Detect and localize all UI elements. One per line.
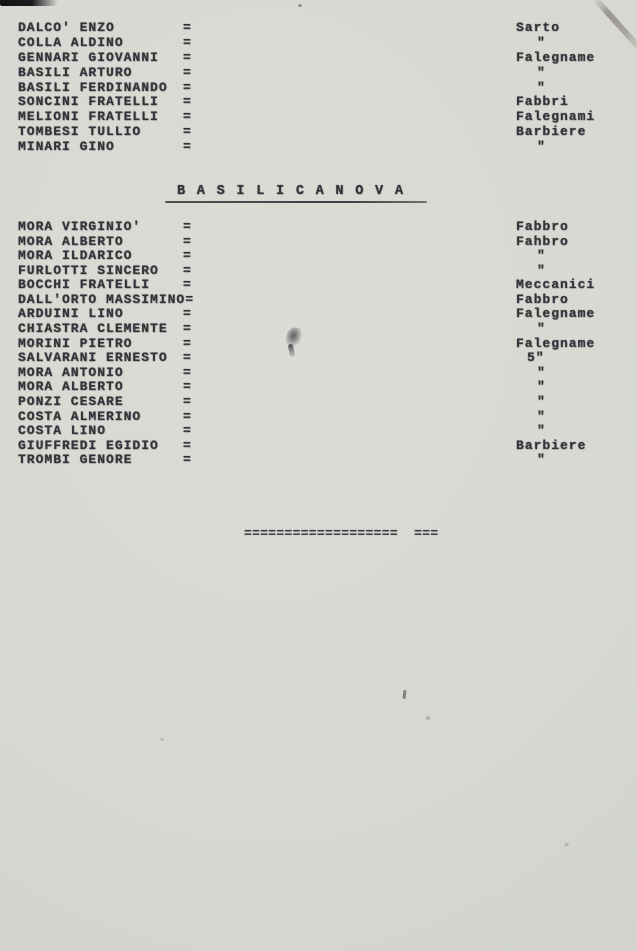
paper-speck bbox=[160, 738, 164, 741]
entry-row: MORA ANTONIO=" bbox=[18, 365, 194, 380]
ink-smudge-tail-mark bbox=[288, 344, 296, 358]
profession-label: " bbox=[537, 263, 546, 278]
profession-label: Sarto bbox=[516, 20, 560, 35]
paper-speck bbox=[298, 4, 302, 7]
person-name: SONCINI FRATELLI bbox=[18, 94, 183, 109]
entry-row: COLLA ALDINO=" bbox=[18, 35, 192, 50]
profession-label: Fabbri bbox=[516, 94, 569, 109]
equals-sign: = bbox=[183, 336, 192, 351]
profession-label: Fahbro bbox=[516, 234, 569, 249]
person-name: FURLOTTI SINCERO bbox=[18, 263, 183, 278]
equals-sign: = bbox=[183, 409, 192, 424]
equals-sign: = bbox=[183, 80, 192, 95]
ink-smudge-mark bbox=[283, 325, 304, 351]
equals-sign: = bbox=[183, 321, 192, 336]
equals-sign: = bbox=[183, 94, 192, 109]
equals-sign: = bbox=[183, 379, 192, 394]
equals-sign: = bbox=[183, 263, 192, 278]
equals-sign: = bbox=[183, 452, 192, 467]
scan-edge-mark bbox=[0, 0, 58, 6]
person-name: MELIONI FRATELLI bbox=[18, 109, 183, 124]
equals-sign: = bbox=[183, 65, 192, 80]
entry-row: MELIONI FRATELLI=Falegnami bbox=[18, 109, 192, 124]
equals-sign: = bbox=[183, 219, 192, 234]
profession-label: Barbiere bbox=[516, 438, 586, 453]
section-heading: B A S I L I C A N O V A bbox=[177, 184, 405, 199]
equals-sign: = bbox=[183, 109, 192, 124]
person-name: TOMBESI TULLIO bbox=[18, 124, 183, 139]
profession-label: " bbox=[537, 248, 546, 263]
entry-row: FURLOTTI SINCERO=" bbox=[18, 263, 194, 278]
person-name: DALCO' ENZO bbox=[18, 20, 183, 35]
entry-row: TOMBESI TULLIO=Barbiere bbox=[18, 124, 192, 139]
equals-sign: = bbox=[183, 35, 192, 50]
entry-row: MORINI PIETRO=Falegname bbox=[18, 336, 194, 351]
person-name: MINARI GINO bbox=[18, 139, 183, 154]
person-name: GIUFFREDI EGIDIO bbox=[18, 438, 183, 453]
equals-separator: =================== === bbox=[244, 526, 438, 541]
profession-label: Falegname bbox=[516, 50, 595, 65]
equals-sign: = bbox=[183, 306, 192, 321]
equals-sign: = bbox=[183, 50, 192, 65]
profession-label: " bbox=[537, 423, 546, 438]
entry-row: MORA VIRGINIO'=Fabbro bbox=[18, 219, 194, 234]
profession-label: Meccanici bbox=[516, 277, 595, 292]
entry-row: TROMBI GENORE=" bbox=[18, 452, 194, 467]
entry-row: SALVARANI ERNESTO=5" bbox=[18, 350, 194, 365]
entry-row: MINARI GINO=" bbox=[18, 139, 192, 154]
profession-label: " bbox=[537, 139, 546, 154]
entry-row: SONCINI FRATELLI=Fabbri bbox=[18, 94, 192, 109]
person-name: MORA ALBERTO bbox=[18, 234, 183, 249]
profession-label: " bbox=[537, 80, 546, 95]
person-name: BOCCHI FRATELLI bbox=[18, 277, 183, 292]
profession-label: " bbox=[537, 379, 546, 394]
entry-row: MORA ALBERTO=Fahbro bbox=[18, 234, 194, 249]
entry-row: PONZI CESARE=" bbox=[18, 394, 194, 409]
entry-row: DALL'ORTO MASSIMINO=Fabbro bbox=[18, 292, 194, 307]
trades-list-basilicanova: MORA VIRGINIO'=FabbroMORA ALBERTO=Fahbro… bbox=[18, 219, 194, 467]
entry-row: MORA ALBERTO=" bbox=[18, 379, 194, 394]
person-name: COLLA ALDINO bbox=[18, 35, 183, 50]
person-name: SALVARANI ERNESTO bbox=[18, 350, 183, 365]
profession-label: Falegname bbox=[516, 306, 595, 321]
equals-sign: = bbox=[183, 423, 192, 438]
person-name: MORA VIRGINIO' bbox=[18, 219, 183, 234]
equals-sign: = bbox=[183, 277, 192, 292]
paper-crease-mark bbox=[593, 0, 637, 50]
entry-row: MORA ILDARICO=" bbox=[18, 248, 194, 263]
person-name: MORA ANTONIO bbox=[18, 365, 183, 380]
equals-sign: = bbox=[183, 350, 192, 365]
person-name: PONZI CESARE bbox=[18, 394, 183, 409]
profession-label: Barbiere bbox=[516, 124, 586, 139]
equals-sign: = bbox=[183, 365, 192, 380]
paper-speck bbox=[426, 716, 430, 720]
paper-speck bbox=[403, 690, 407, 699]
person-name: MORINI PIETRO bbox=[18, 336, 183, 351]
profession-label: 5" bbox=[527, 350, 545, 365]
profession-label: " bbox=[537, 452, 546, 467]
person-name: COSTA ALMERINO bbox=[18, 409, 183, 424]
profession-label: " bbox=[537, 394, 546, 409]
entry-row: DALCO' ENZO=Sarto bbox=[18, 20, 192, 35]
entry-row: BASILI ARTURO=" bbox=[18, 65, 192, 80]
profession-label: " bbox=[537, 365, 546, 380]
person-name: CHIASTRA CLEMENTE bbox=[18, 321, 183, 336]
profession-label: " bbox=[537, 65, 546, 80]
profession-label: Fabbro bbox=[516, 292, 569, 307]
entry-row: GENNARI GIOVANNI=Falegname bbox=[18, 50, 192, 65]
entry-row: BASILI FERDINANDO=" bbox=[18, 80, 192, 95]
equals-sign: = bbox=[183, 248, 192, 263]
person-name: GENNARI GIOVANNI bbox=[18, 50, 183, 65]
person-name: ARDUINI LINO bbox=[18, 306, 183, 321]
heading-underline bbox=[165, 201, 427, 203]
entry-row: GIUFFREDI EGIDIO=Barbiere bbox=[18, 438, 194, 453]
entry-row: CHIASTRA CLEMENTE=" bbox=[18, 321, 194, 336]
equals-sign: = bbox=[183, 234, 192, 249]
trades-list-top: DALCO' ENZO=SartoCOLLA ALDINO="GENNARI G… bbox=[18, 20, 192, 154]
scanned-page: DALCO' ENZO=SartoCOLLA ALDINO="GENNARI G… bbox=[0, 0, 637, 951]
person-name: BASILI FERDINANDO bbox=[18, 80, 183, 95]
person-name: MORA ALBERTO bbox=[18, 379, 183, 394]
equals-sign: = bbox=[183, 438, 192, 453]
person-name: DALL'ORTO MASSIMINO bbox=[18, 292, 185, 307]
entry-row: BOCCHI FRATELLI=Meccanici bbox=[18, 277, 194, 292]
paper-speck bbox=[564, 842, 570, 847]
entry-row: COSTA ALMERINO=" bbox=[18, 409, 194, 424]
person-name: BASILI ARTURO bbox=[18, 65, 183, 80]
profession-label: Fabbro bbox=[516, 219, 569, 234]
equals-sign: = bbox=[185, 292, 194, 307]
equals-sign: = bbox=[183, 124, 192, 139]
profession-label: Falegname bbox=[516, 336, 595, 351]
entry-row: ARDUINI LINO=Falegname bbox=[18, 306, 194, 321]
profession-label: " bbox=[537, 35, 546, 50]
profession-label: " bbox=[537, 321, 546, 336]
equals-sign: = bbox=[183, 394, 192, 409]
profession-label: Falegnami bbox=[516, 109, 595, 124]
entry-row: COSTA LINO=" bbox=[18, 423, 194, 438]
equals-sign: = bbox=[183, 20, 192, 35]
person-name: COSTA LINO bbox=[18, 423, 183, 438]
profession-label: " bbox=[537, 409, 546, 424]
person-name: TROMBI GENORE bbox=[18, 452, 183, 467]
equals-sign: = bbox=[183, 139, 192, 154]
person-name: MORA ILDARICO bbox=[18, 248, 183, 263]
